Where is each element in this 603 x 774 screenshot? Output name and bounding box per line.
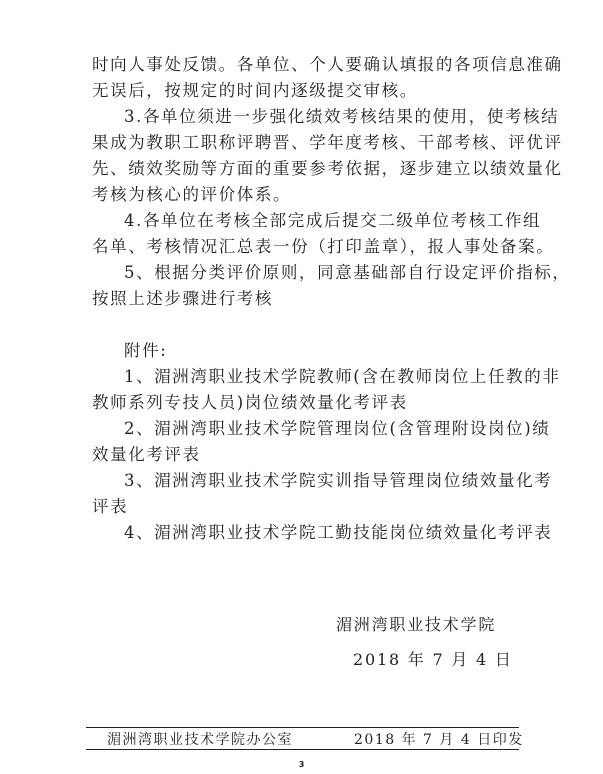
body-line: 4.各单位在考核全部完成后提交二级单位考核工作组: [124, 208, 516, 234]
body-line: 按照上述步骤进行考核: [92, 286, 516, 312]
attachment-line: 4、湄洲湾职业技术学院工勤技能岗位绩效量化考评表: [124, 520, 516, 546]
footer-issuer: 湄洲湾职业技术学院办公室: [107, 729, 293, 749]
body-line: 无误后，按规定的时间内逐级提交审核。: [92, 78, 516, 104]
body-line: 时向人事处反馈。各单位、个人要确认填报的各项信息准确: [92, 52, 516, 78]
body-line: 先、绩效奖励等方面的重要参考依据，逐步建立以绩效量化: [92, 156, 516, 182]
footer-top-rule: [86, 727, 519, 728]
body-line: 3.各单位须进一步强化绩效考核结果的使用，使考核结: [124, 104, 516, 130]
body-line: 考核为核心的评价体系。: [92, 182, 516, 208]
footer-bottom-rule: [86, 749, 519, 750]
signature-date: 2018 年 7 月 4 日: [353, 647, 513, 670]
page-number: 3: [0, 760, 603, 769]
body-line: 名单、考核情况汇总表一份（打印盖章），报人事处备案。: [92, 234, 516, 260]
footer-issue-date: 2018 年 7 月 4 日印发: [354, 729, 524, 749]
attachments-heading: 附件:: [124, 338, 516, 364]
attachment-line: 3、湄洲湾职业技术学院实训指导管理岗位绩效量化考: [124, 468, 516, 494]
body-line: 5、根据分类评价原则，同意基础部自行设定评价指标，: [124, 260, 516, 286]
attachment-line: 1、湄洲湾职业技术学院教师(含在教师岗位上任教的非: [124, 364, 516, 390]
body-line: 果成为教职工职称评聘晋、学年度考核、干部考核、评优评: [92, 130, 516, 156]
signature-organization: 湄洲湾职业技术学院: [336, 612, 496, 635]
attachment-line: 评表: [92, 494, 516, 520]
attachment-line: 教师系列专技人员)岗位绩效量化考评表: [92, 390, 516, 416]
attachment-line: 效量化考评表: [92, 442, 516, 468]
attachment-line: 2、湄洲湾职业技术学院管理岗位(含管理附设岗位)绩: [124, 416, 516, 442]
